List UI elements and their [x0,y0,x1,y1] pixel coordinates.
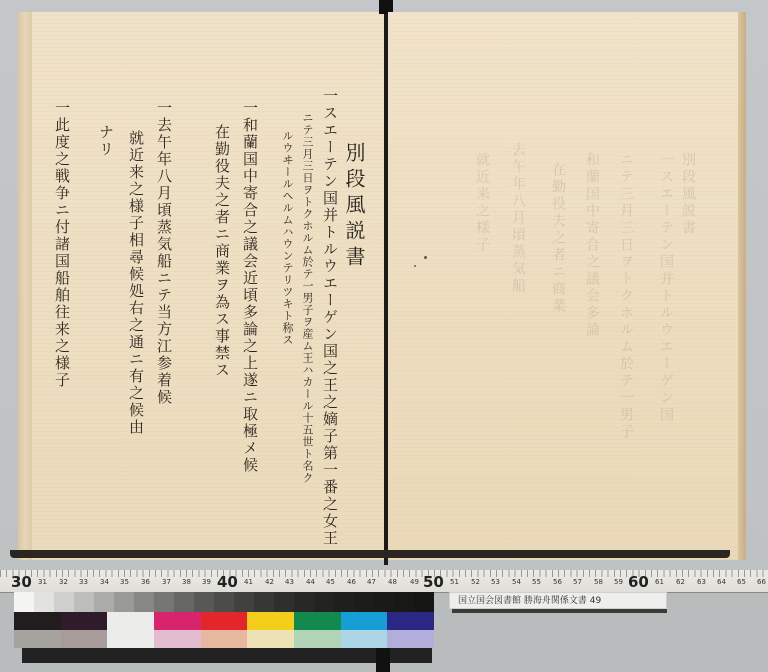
column-text: 在勤役夫之者ニ商業ヲ為ス事禁ス [213,124,231,379]
manuscript-column: 一去午年八月頃蒸気船ニテ当方江参着候 [156,100,171,406]
gray-swatch [214,592,234,612]
color-swatch [294,612,341,630]
manuscript-column: 一此度之戦争ニ付諸国船舶往来之様子 [54,100,69,389]
gray-swatch [34,592,54,612]
archive-caption: 国立国会図書館 勝海舟関係文書 49 [449,592,667,609]
item-marker: 一 [53,100,71,117]
ruler-label: 38 [182,578,191,586]
color-calibration-chart [14,592,434,648]
ruler-label: 53 [491,578,500,586]
ruler-label: 44 [306,578,315,586]
gray-swatch [134,592,154,612]
ruler-label: 47 [367,578,376,586]
ruler-label: 57 [573,578,582,586]
manuscript-column: 一スエーテン国并トルウエーゲン国之王之嫡子第一番之女王 [322,88,337,547]
tint-swatch [294,630,341,648]
ruler-label-major: 50 [423,573,444,591]
manuscript-column: ナリ [98,124,113,158]
caption-shadow [452,609,667,613]
manuscript-column: ルウヰールヘルムハウンテリツキト称ス [282,130,293,346]
tint-swatch [61,630,108,648]
gray-swatch [274,592,294,612]
document-title: 別段風説書 [344,142,364,272]
ruler-label: 63 [697,578,706,586]
manuscript-column: ニテ三月三日ヲトクホルム於テ一男子ヲ産ム王ハカール十五世ト名ク [302,112,313,484]
gray-swatch [234,592,254,612]
book-shadow [10,550,730,558]
ruler-label: 42 [265,578,274,586]
measuring-ruler: 30 31 32 33 34 35 36 37 38 39 40 41 42 4… [0,570,768,593]
gray-swatch [74,592,94,612]
ruler-label: 64 [717,578,726,586]
color-swatch [154,612,201,630]
color-patches [14,612,434,630]
ruler-label: 34 [100,578,109,586]
paper-speck [414,265,416,267]
bleed-through-text: 一スエーテン国并トルウエーゲン国 [656,152,676,424]
ruler-label: 58 [594,578,603,586]
column-text: スエーテン国并トルウエーゲン国之王之嫡子第一番之女王 [321,105,339,547]
ruler-label-major: 40 [217,573,238,591]
ruler-label: 51 [450,578,459,586]
ruler-label: 39 [202,578,211,586]
color-swatch [341,612,388,630]
ruler-label: 59 [614,578,623,586]
gray-swatch [314,592,334,612]
ruler-label: 41 [244,578,253,586]
gray-swatch [254,592,274,612]
gray-swatch [114,592,134,612]
gray-swatch [334,592,354,612]
gray-swatch [154,592,174,612]
ruler-label: 65 [737,578,746,586]
color-swatch [387,612,434,630]
tint-swatch [154,630,201,648]
item-marker: 一 [241,100,259,117]
gray-swatch [54,592,74,612]
gray-swatch [394,592,414,612]
tint-swatch [14,630,61,648]
gray-swatch [294,592,314,612]
ruler-label: 61 [655,578,664,586]
gray-swatch [194,592,214,612]
item-marker: 一 [155,100,173,117]
ruler-label: 45 [326,578,335,586]
gray-swatch [374,592,394,612]
ruler-label: 43 [285,578,294,586]
column-text: ニテ三月三日ヲトクホルム於テ一男子ヲ産ム王ハカール十五世ト名ク [301,112,314,484]
ruler-label: 52 [471,578,480,586]
color-swatch [201,612,248,630]
column-text: ナリ [97,124,115,158]
paper-speck [424,256,427,259]
column-text: 此度之戦争ニ付諸国船舶往来之様子 [53,117,71,389]
bleed-through-text: 去午年八月頃蒸気船 [508,142,528,295]
ruler-label-major: 60 [628,573,649,591]
chart-stand [376,648,390,672]
gray-swatch [94,592,114,612]
ruler-label-major: 30 [11,573,32,591]
column-text: ルウヰールヘルムハウンテリツキト称ス [281,130,294,346]
manuscript-column: 就近来之様子相尋候処右之通ニ有之候由 [128,130,143,436]
color-swatch [107,612,154,630]
bleed-through-text: 在勤役夫之者ニ商業 [548,162,568,315]
ruler-label: 62 [676,578,685,586]
column-text: 和蘭国中寄合之議会近頃多論之上遂ニ取極メ候 [241,117,259,474]
color-swatch [61,612,108,630]
ruler-label: 35 [120,578,129,586]
tint-swatch [201,630,248,648]
bleed-through-text: 別段風説書 [678,152,698,237]
paper-stain [218,145,221,148]
ruler-label: 54 [512,578,521,586]
tint-swatch [341,630,388,648]
ruler-label: 33 [79,578,88,586]
gray-swatch [414,592,434,612]
color-swatch [14,612,61,630]
right-page-edge [738,12,746,560]
tint-swatch [107,630,154,648]
column-text: 就近来之様子相尋候処右之通ニ有之候由 [127,130,145,436]
bleed-through-text: 和蘭国中寄合之議会多論 [582,152,602,339]
ruler-label: 56 [553,578,562,586]
ruler-label: 48 [388,578,397,586]
ruler-label: 36 [141,578,150,586]
ruler-label: 37 [162,578,171,586]
open-book: 別段風説書 一スエーテン国并トルウエーゲン国之王之嫡子第一番之女王 ニテ三月三日… [18,9,746,565]
grayscale-steps [14,592,434,612]
gray-swatch [14,592,34,612]
ruler-label: 55 [532,578,541,586]
ruler-label: 32 [59,578,68,586]
tint-swatch [387,630,434,648]
ruler-ticks [0,570,768,577]
tint-swatch [247,630,294,648]
ruler-label: 31 [38,578,47,586]
manuscript-column: 在勤役夫之者ニ商業ヲ為ス事禁ス [214,124,229,379]
column-text: 去午年八月頃蒸気船ニテ当方江参着候 [155,117,173,406]
right-page: 別段風説書 一スエーテン国并トルウエーゲン国 ニテ三月三日ヲトクホルム於テ一男子… [388,12,740,560]
ruler-label: 49 [410,578,419,586]
ruler-label: 66 [757,578,766,586]
ruler-label: 46 [347,578,356,586]
gray-swatch [174,592,194,612]
left-page: 別段風説書 一スエーテン国并トルウエーゲン国之王之嫡子第一番之女王 ニテ三月三日… [32,12,386,560]
item-marker: 一 [321,88,339,105]
left-page-edge [18,12,33,560]
chart-base [22,648,432,663]
gray-swatch [354,592,374,612]
bleed-through-text: 就近来之様子 [472,152,492,254]
bleed-through-text: ニテ三月三日ヲトクホルム於テ一男子 [616,152,636,441]
color-swatch [247,612,294,630]
manuscript-column: 一和蘭国中寄合之議会近頃多論之上遂ニ取極メ候 [242,100,257,474]
tint-patches [14,630,434,648]
